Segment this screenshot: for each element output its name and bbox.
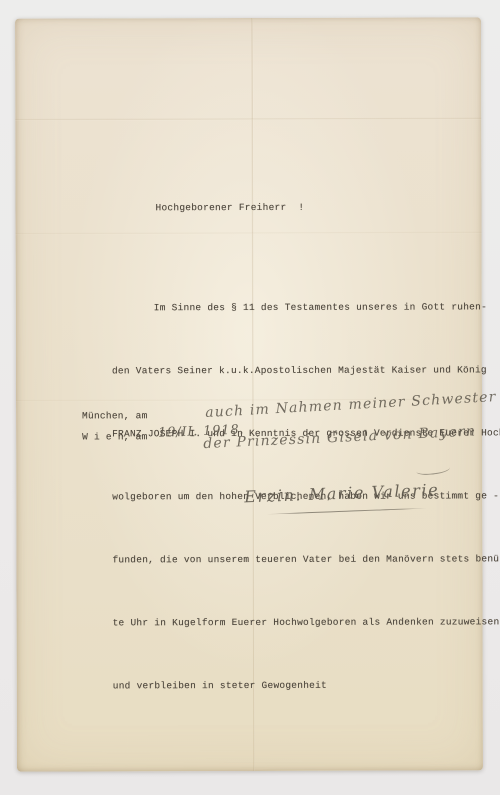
body-line: Im Sinne des § 11 des Testamentes unsere… <box>112 296 477 318</box>
dateline-place-wien: W i e n, am <box>82 431 147 442</box>
letter-paper: Hochgeborener Freiherr ! Im Sinne des § … <box>15 17 483 771</box>
horizontal-fold-crease-top <box>15 117 481 120</box>
photo-backdrop: Hochgeborener Freiherr ! Im Sinne des § … <box>0 0 500 795</box>
body-line: te Uhr in Kugelform Euerer Hochwolgebore… <box>113 611 478 633</box>
dateline-place-munich: München, am <box>82 410 147 421</box>
salutation: Hochgeborener Freiherr ! <box>155 202 304 213</box>
body-line: funden, die von unserem teueren Vater be… <box>112 548 477 570</box>
body-line: und verbleiben in steter Gewogenheit <box>113 674 478 696</box>
horizontal-fold-crease-mid <box>16 231 482 234</box>
body-line: den Vaters Seiner k.u.k.Apostolischen Ma… <box>112 359 477 381</box>
